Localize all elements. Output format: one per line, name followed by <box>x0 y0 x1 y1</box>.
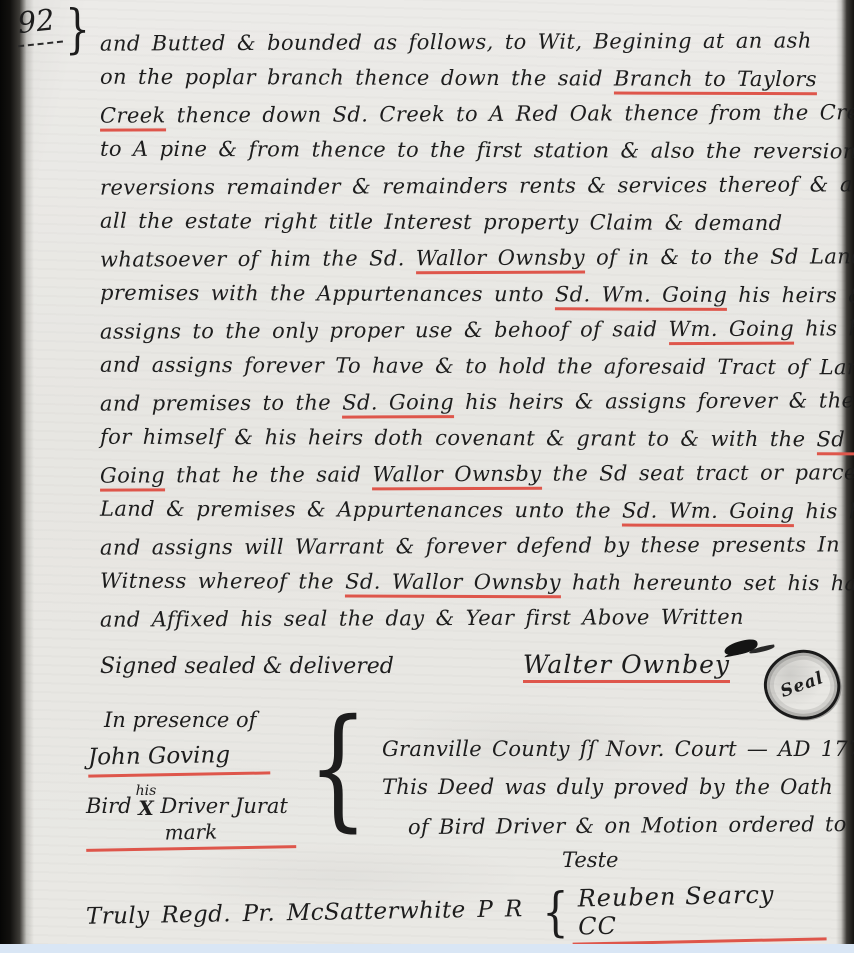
mark-word: mark <box>86 818 296 852</box>
deed-text-segment: that he the said <box>165 462 372 487</box>
book-binding-left-edge <box>0 0 34 953</box>
deed-text-segment: whatsoever of him the Sd. <box>100 246 416 271</box>
underlined-name: Sd. Wm. Going <box>622 499 794 528</box>
deed-line: and assigns forever To have & to hold th… <box>100 347 844 386</box>
underlined-name: Sd Wm. <box>816 427 854 455</box>
x-mark: X <box>138 798 154 818</box>
court-brace: { <box>308 688 368 848</box>
page-number: 92 <box>14 2 63 47</box>
deed-line: and assigns will Warrant & forever defen… <box>100 526 844 565</box>
deed-text-segment: thence down Sd. Creek to A Red Oak thenc… <box>166 100 854 127</box>
signature-walter-ownbey: Walter Ownbey <box>523 650 730 683</box>
witness-and-court-block: In presence of John Goving Bird his X Dr… <box>86 698 842 876</box>
deed-line: on the poplar branch thence down the sai… <box>100 59 844 98</box>
witness-john-goving: John Goving <box>88 738 271 777</box>
deed-line: Creek thence down Sd. Creek to A Red Oak… <box>100 94 844 133</box>
deed-text-segment: assigns to the only proper use & behoof … <box>100 317 669 343</box>
deed-line: to A pine & from thence to the first sta… <box>100 131 844 170</box>
court-line-registered: of Bird Driver & on Motion ordered to be… <box>408 804 854 846</box>
deed-line: for himself & his heirs doth covenant & … <box>100 419 844 458</box>
deed-text-segment: his heirs & <box>727 283 854 307</box>
witness-driver-jurat: Driver Jurat <box>160 794 288 818</box>
deed-line: whatsoever of him the Sd. Wallor Ownsby … <box>100 238 844 277</box>
registration-row: Truly Regd. Pr. McSatterwhite P R { Reub… <box>86 882 832 943</box>
deed-text-segment: hath hereunto set his hand <box>561 570 854 595</box>
deed-line: and premises to the Sd. Going his heirs … <box>100 382 844 421</box>
signature-reuben-searcy: Reuben Searcy CC <box>571 879 826 945</box>
deed-line: Going that he the said Wallor Ownsby the… <box>100 454 844 493</box>
deed-text-segment: all the estate right title Interest prop… <box>100 209 783 235</box>
deed-text-segment: Land & premises & Appurtenances unto the <box>100 497 622 523</box>
court-line-proved: This Deed was duly proved by the Oath <box>382 768 854 806</box>
court-line-heading: Granville County ſſ Novr. Court — AD 177… <box>382 730 854 768</box>
underlined-name: Sd. Wallor Ownsby <box>345 570 561 599</box>
underlined-name: Going <box>100 463 165 491</box>
teste-label: Teste <box>562 844 854 876</box>
deed-text-segment: to A pine & from thence to the first sta… <box>100 137 854 164</box>
ink-blot <box>723 638 759 658</box>
deed-line: all the estate right title Interest prop… <box>100 203 844 242</box>
deed-text-segment: reversions remainder & remainders rents … <box>100 172 854 199</box>
underlined-name: Sd. Wm. Going <box>555 282 727 311</box>
underlined-name: Sd. Going <box>342 390 454 418</box>
deed-text-segment: Witness whereof the <box>100 569 345 594</box>
underlined-name: Creek <box>100 103 166 131</box>
signed-sealed-label: Signed sealed & delivered <box>100 654 394 679</box>
deed-line: and Butted & bounded as follows, to Wit,… <box>100 22 844 61</box>
underlined-name: Wallor Ownsby <box>372 462 541 491</box>
underlined-name: Branch to Taylors <box>614 66 817 95</box>
deed-body: and Butted & bounded as follows, to Wit,… <box>100 24 844 636</box>
deed-line: premises with the Appurtenances unto Sd.… <box>100 275 844 314</box>
witness-block: In presence of John Goving Bird his X Dr… <box>86 698 296 850</box>
deed-line: assigns to the only proper use & behoof … <box>100 310 844 349</box>
seal-text: Seal <box>778 668 827 702</box>
witness-heading: In presence of <box>104 702 296 738</box>
deed-text-segment: his heirs <box>794 499 854 523</box>
deed-line: Witness whereof the Sd. Wallor Ownsby ha… <box>100 563 844 602</box>
deed-text-segment: and premises to the <box>100 391 342 416</box>
deed-text-segment: for himself & his heirs doth covenant & … <box>100 425 817 452</box>
deed-text-segment: premises with the Appurtenances unto <box>100 281 555 307</box>
deed-text-segment: his heirs & assigns forever & the <box>454 388 854 414</box>
scanned-deed-page: 92 } and Butted & bounded as follows, to… <box>0 0 854 953</box>
deed-text-segment: on the poplar branch thence down the sai… <box>100 65 614 91</box>
truly-registered-text: Truly Regd. Pr. McSatterwhite P R <box>86 896 523 930</box>
page-number-brace: } <box>65 4 90 56</box>
deed-text-segment: and Affixed his seal the day & Year firs… <box>100 605 744 632</box>
signed-sealed-row: Signed sealed & delivered Walter Ownbey <box>100 650 730 683</box>
witness-bird-driver-line: Bird his X Driver Jurat <box>86 784 296 818</box>
deed-text-segment: the Sd seat tract or parcel of <box>541 460 854 486</box>
deed-text-segment: and assigns forever To have & to hold th… <box>100 353 854 380</box>
deed-text-segment: and assigns will Warrant & forever defen… <box>100 532 840 559</box>
his-mark-stack: his X <box>136 784 157 818</box>
underlined-name: Wm. Going <box>668 317 794 346</box>
deed-line: and Affixed his seal the day & Year firs… <box>100 598 844 637</box>
court-block: Granville County ſſ Novr. Court — AD 177… <box>382 698 854 876</box>
deed-text-segment: and Butted & bounded as follows, to Wit,… <box>100 29 812 56</box>
deed-text-segment: his heirs <box>794 316 854 340</box>
underlined-name: Wallor Ownsby <box>416 246 585 275</box>
page-number-block: 92 } <box>16 4 94 56</box>
scanner-edge-strip <box>0 944 854 953</box>
witness-bird: Bird <box>86 794 132 818</box>
deed-line: Land & premises & Appurtenances unto the… <box>100 491 844 530</box>
deed-line: reversions remainder & remainders rents … <box>100 166 844 205</box>
footer-brace: { <box>542 887 568 939</box>
deed-text-segment: of in & to the Sd Land & <box>585 244 854 269</box>
